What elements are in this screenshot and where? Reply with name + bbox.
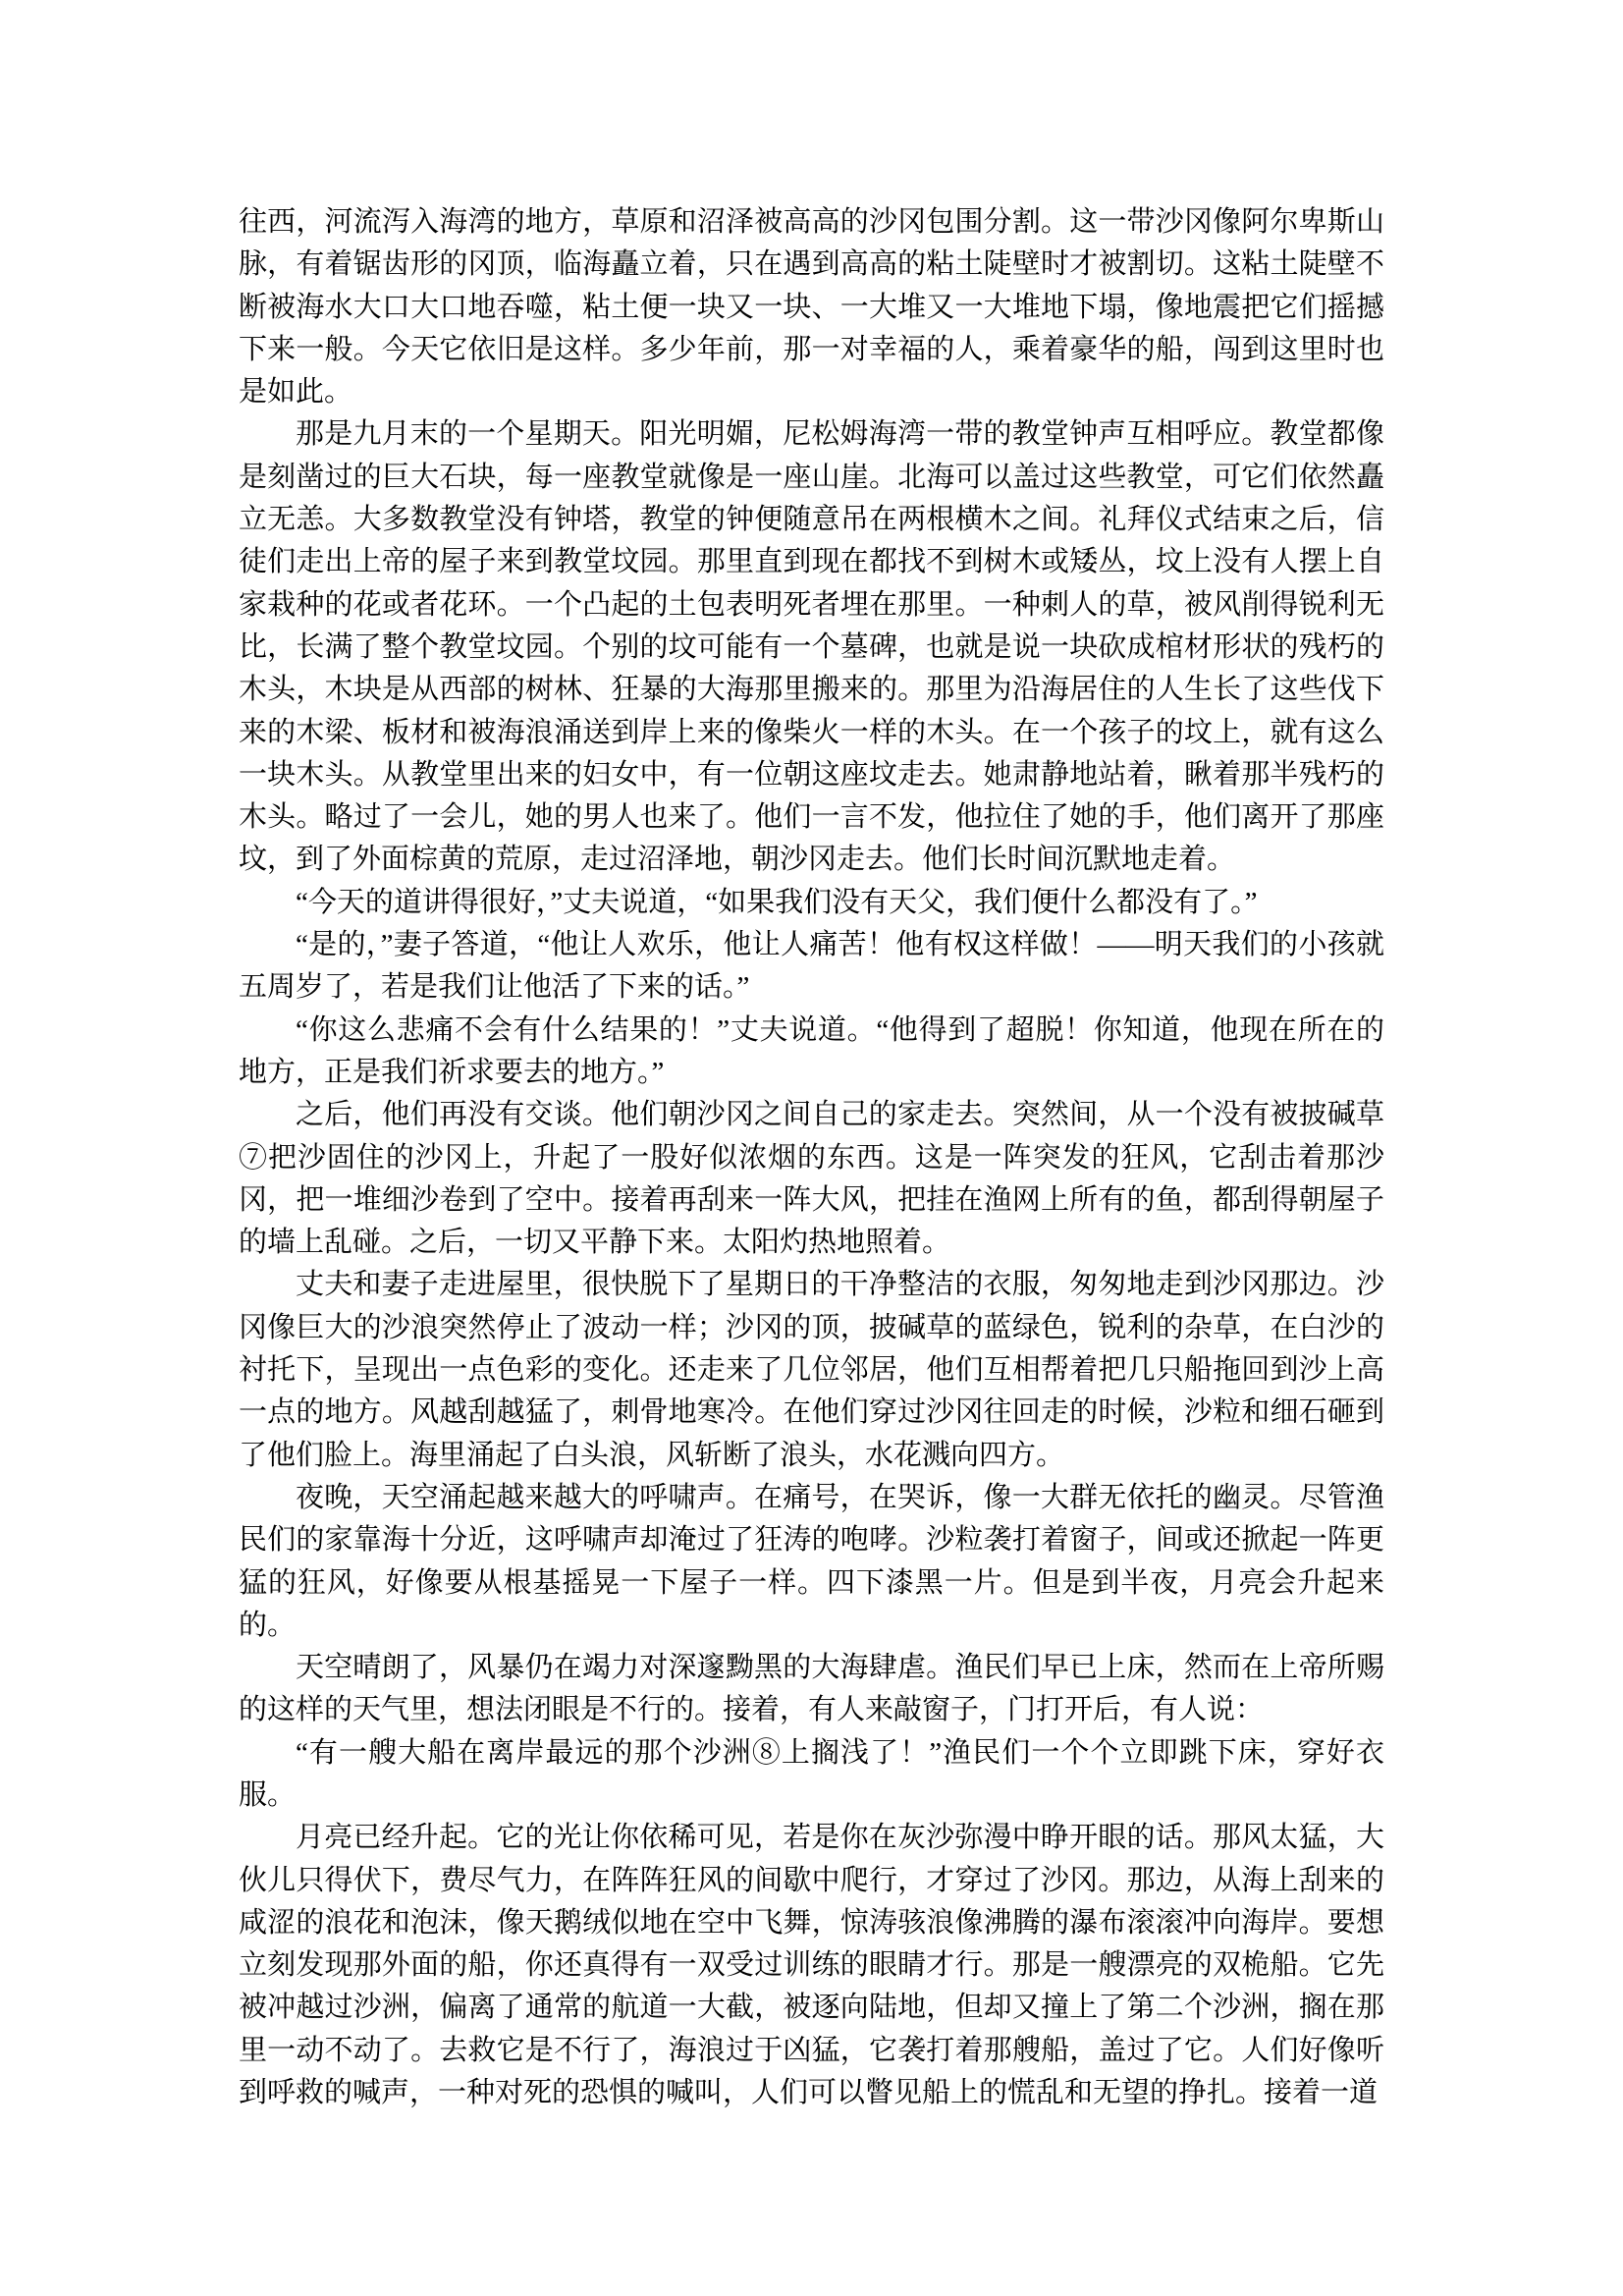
paragraph: 之后，他们再没有交谈。他们朝沙冈之间自己的家走去。突然间，从一个没有被披碱草⑦把… [239,1094,1384,1264]
paragraph: 往西，河流泻入海湾的地方，草原和沼泽被高高的沙冈包围分割。这一带沙冈像阿尔卑斯山… [239,201,1384,413]
paragraph: 夜晚，天空涌起越来越大的呼啸声。在痛号，在哭诉，像一大群无依托的幽灵。尽管渔民们… [239,1477,1384,1647]
paragraph: “你这么悲痛不会有什么结果的！”丈夫说道。“他得到了超脱！你知道，他现在所在的地… [239,1010,1384,1095]
paragraph: 那是九月末的一个星期天。阳光明媚，尼松姆海湾一带的教堂钟声互相呼应。教堂都像是刻… [239,413,1384,881]
paragraph: 月亮已经升起。它的光让你依稀可见，若是你在灰沙弥漫中睁开眼的话。那风太猛，大伙儿… [239,1817,1384,2114]
paragraph: “今天的道讲得很好，”丈夫说道，“如果我们没有天父，我们便什么都没有了。” [239,882,1384,924]
document-page: 往西，河流泻入海湾的地方，草原和沼泽被高高的沙冈包围分割。这一带沙冈像阿尔卑斯山… [0,0,1623,2296]
paragraph: “有一艘大船在离岸最远的那个沙洲⑧上搁浅了！”渔民们一个个立即跳下床，穿好衣服。 [239,1732,1384,1818]
paragraph: 丈夫和妻子走进屋里，很快脱下了星期日的干净整洁的衣服，匆匆地走到沙冈那边。沙冈像… [239,1264,1384,1476]
paragraph: “是的，”妻子答道，“他让人欢乐，他让人痛苦！他有权这样做！——明天我们的小孩就… [239,924,1384,1010]
paragraph: 天空晴朗了，风暴仍在竭力对深邃黝黑的大海肆虐。渔民们早已上床，然而在上帝所赐的这… [239,1647,1384,1732]
page-text: 往西，河流泻入海湾的地方，草原和沼泽被高高的沙冈包围分割。这一带沙冈像阿尔卑斯山… [239,201,1384,2114]
